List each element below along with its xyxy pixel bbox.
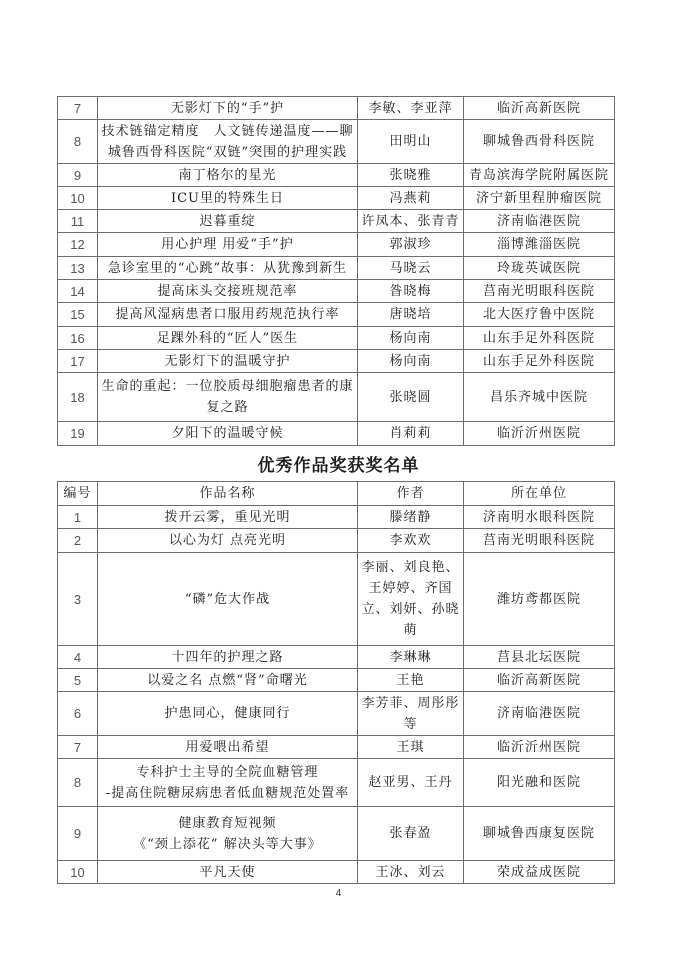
cell-title: 拨开云雾，重见光明 [98, 506, 358, 529]
cell-number: 3 [58, 553, 98, 646]
cell-title: 用心护理 用爱“手”护 [98, 233, 358, 257]
cell-unit: 济南临港医院 [464, 692, 615, 736]
cell-number: 11 [58, 210, 98, 233]
cell-author: 许凤本、张青青 [358, 210, 464, 233]
cell-author: 杨向南 [358, 327, 464, 350]
award-table-excellent-body: 1拨开云雾，重见光明滕绪静济南明水眼科医院2以心为灯 点亮光明李欢欢莒南光明眼科… [58, 506, 615, 884]
cell-title: 迟暮重绽 [98, 210, 358, 233]
cell-number: 19 [58, 422, 98, 446]
cell-author: 李敏、李亚萍 [358, 97, 464, 120]
cell-title: ICU里的特殊生日 [98, 187, 358, 210]
table-row: 8技术链锚定精度 人文链传递温度——聊城鲁西骨科医院“双链”突围的护理实践田明山… [58, 120, 615, 164]
cell-number: 16 [58, 327, 98, 350]
table-row: 13急诊室里的“心跳”故事：从犹豫到新生马晓云玲珑英诚医院 [58, 257, 615, 280]
cell-author: 肖莉莉 [358, 422, 464, 446]
cell-unit: 北大医疗鲁中医院 [464, 303, 615, 327]
cell-unit: 阳光融和医院 [464, 759, 615, 807]
cell-number: 18 [58, 373, 98, 422]
document-page: 7无影灯下的“手”护李敏、李亚萍临沂高新医院8技术链锚定精度 人文链传递温度——… [0, 0, 677, 957]
cell-unit: 莒南光明眼科医院 [464, 280, 615, 303]
cell-number: 4 [58, 646, 98, 669]
cell-title: “磷”危大作战 [98, 553, 358, 646]
cell-author: 李欢欢 [358, 529, 464, 553]
cell-title: 专科护士主导的全院血糖管理 -提高住院糖尿病患者低血糖规范处置率 [98, 759, 358, 807]
cell-number: 10 [58, 187, 98, 210]
cell-author: 郭淑珍 [358, 233, 464, 257]
cell-title: 十四年的护理之路 [98, 646, 358, 669]
cell-number: 10 [58, 861, 98, 884]
table-row: 3“磷”危大作战李丽、刘良艳、 王婷婷、齐国 立、刘妍、孙晓 萌潍坊鸢都医院 [58, 553, 615, 646]
cell-unit: 聊城鲁西骨科医院 [464, 120, 615, 164]
cell-unit: 临沂高新医院 [464, 97, 615, 120]
page-number: 4 [0, 888, 677, 899]
cell-number: 6 [58, 692, 98, 736]
table-row: 10ICU里的特殊生日冯燕莉济宁新里程肿瘤医院 [58, 187, 615, 210]
table-row: 19夕阳下的温暖守候肖莉莉临沂沂州医院 [58, 422, 615, 446]
table-row: 7无影灯下的“手”护李敏、李亚萍临沂高新医院 [58, 97, 615, 120]
cell-number: 17 [58, 350, 98, 373]
cell-unit: 济宁新里程肿瘤医院 [464, 187, 615, 210]
table-row: 18生命的重起：一位胶质母细胞瘤患者的康复之路张晓圆昌乐齐城中医院 [58, 373, 615, 422]
header-no: 编号 [58, 482, 98, 506]
cell-author: 王琪 [358, 736, 464, 759]
cell-unit: 济南明水眼科医院 [464, 506, 615, 529]
cell-unit: 莒县北坛医院 [464, 646, 615, 669]
cell-unit: 临沂高新医院 [464, 669, 615, 692]
cell-author: 张晓圆 [358, 373, 464, 422]
cell-title: 提高床头交接班规范率 [98, 280, 358, 303]
table-row: 2以心为灯 点亮光明李欢欢莒南光明眼科医院 [58, 529, 615, 553]
table-row: 1拨开云雾，重见光明滕绪静济南明水眼科医院 [58, 506, 615, 529]
cell-unit: 山东手足外科医院 [464, 350, 615, 373]
award-table-excellent: 编号 作品名称 作者 所在单位 1拨开云雾，重见光明滕绪静济南明水眼科医院2以心… [57, 481, 615, 884]
cell-unit: 玲珑英诚医院 [464, 257, 615, 280]
section-title-excellent: 优秀作品奖获奖名单 [0, 451, 677, 476]
cell-number: 15 [58, 303, 98, 327]
table-row: 17无影灯下的温暖守护杨向南山东手足外科医院 [58, 350, 615, 373]
cell-unit: 聊城鲁西康复医院 [464, 807, 615, 861]
cell-title: 平凡天使 [98, 861, 358, 884]
cell-number: 13 [58, 257, 98, 280]
table-row: 14提高床头交接班规范率昝晓梅莒南光明眼科医院 [58, 280, 615, 303]
table-row: 9健康教育短视频 《“颈上添花” 解决头等大事》张春盈聊城鲁西康复医院 [58, 807, 615, 861]
cell-author: 冯燕莉 [358, 187, 464, 210]
cell-author: 滕绪静 [358, 506, 464, 529]
cell-number: 2 [58, 529, 98, 553]
cell-author: 张晓雅 [358, 164, 464, 187]
table-header-row: 编号 作品名称 作者 所在单位 [58, 482, 615, 506]
table-row: 4十四年的护理之路李琳琳莒县北坛医院 [58, 646, 615, 669]
cell-author: 张春盈 [358, 807, 464, 861]
table-row: 15提高风湿病患者口服用药规范执行率唐晓培北大医疗鲁中医院 [58, 303, 615, 327]
cell-author: 王冰、刘云 [358, 861, 464, 884]
cell-title: 护患同心，健康同行 [98, 692, 358, 736]
cell-author: 王艳 [358, 669, 464, 692]
cell-title: 以爱之名 点燃“肾”命曙光 [98, 669, 358, 692]
table-row: 9南丁格尔的星光张晓雅青岛滨海学院附属医院 [58, 164, 615, 187]
cell-author: 李琳琳 [358, 646, 464, 669]
award-table-continued-body: 7无影灯下的“手”护李敏、李亚萍临沂高新医院8技术链锚定精度 人文链传递温度——… [58, 97, 615, 446]
cell-number: 14 [58, 280, 98, 303]
cell-author: 杨向南 [358, 350, 464, 373]
cell-unit: 淄博潍淄医院 [464, 233, 615, 257]
cell-unit: 莒南光明眼科医院 [464, 529, 615, 553]
cell-title: 无影灯下的“手”护 [98, 97, 358, 120]
cell-title: 以心为灯 点亮光明 [98, 529, 358, 553]
cell-number: 8 [58, 120, 98, 164]
cell-number: 7 [58, 97, 98, 120]
table-row: 11迟暮重绽许凤本、张青青济南临港医院 [58, 210, 615, 233]
cell-unit: 济南临港医院 [464, 210, 615, 233]
cell-title: 提高风湿病患者口服用药规范执行率 [98, 303, 358, 327]
header-unit: 所在单位 [464, 482, 615, 506]
cell-number: 8 [58, 759, 98, 807]
header-author: 作者 [358, 482, 464, 506]
cell-author: 昝晓梅 [358, 280, 464, 303]
cell-number: 9 [58, 807, 98, 861]
cell-unit: 潍坊鸢都医院 [464, 553, 615, 646]
cell-number: 12 [58, 233, 98, 257]
table-row: 12用心护理 用爱“手”护郭淑珍淄博潍淄医院 [58, 233, 615, 257]
cell-number: 9 [58, 164, 98, 187]
cell-author: 李芳菲、周彤彤 等 [358, 692, 464, 736]
table-row: 6护患同心，健康同行李芳菲、周彤彤 等济南临港医院 [58, 692, 615, 736]
cell-title: 足踝外科的“匠人”医生 [98, 327, 358, 350]
cell-author: 田明山 [358, 120, 464, 164]
table-row: 7用爱喂出希望王琪临沂沂州医院 [58, 736, 615, 759]
cell-title: 技术链锚定精度 人文链传递温度——聊城鲁西骨科医院“双链”突围的护理实践 [98, 120, 358, 164]
award-table-continued: 7无影灯下的“手”护李敏、李亚萍临沂高新医院8技术链锚定精度 人文链传递温度——… [57, 96, 615, 446]
cell-author: 唐晓培 [358, 303, 464, 327]
table-row: 5以爱之名 点燃“肾”命曙光王艳临沂高新医院 [58, 669, 615, 692]
cell-number: 1 [58, 506, 98, 529]
cell-title: 南丁格尔的星光 [98, 164, 358, 187]
cell-unit: 山东手足外科医院 [464, 327, 615, 350]
cell-title: 夕阳下的温暖守候 [98, 422, 358, 446]
cell-unit: 荣成益成医院 [464, 861, 615, 884]
cell-author: 马晓云 [358, 257, 464, 280]
header-title: 作品名称 [98, 482, 358, 506]
cell-unit: 临沂沂州医院 [464, 736, 615, 759]
cell-unit: 昌乐齐城中医院 [464, 373, 615, 422]
table-row: 8专科护士主导的全院血糖管理 -提高住院糖尿病患者低血糖规范处置率赵亚男、王丹阳… [58, 759, 615, 807]
cell-title: 用爱喂出希望 [98, 736, 358, 759]
cell-number: 5 [58, 669, 98, 692]
cell-author: 李丽、刘良艳、 王婷婷、齐国 立、刘妍、孙晓 萌 [358, 553, 464, 646]
cell-title: 无影灯下的温暖守护 [98, 350, 358, 373]
cell-number: 7 [58, 736, 98, 759]
cell-title: 生命的重起：一位胶质母细胞瘤患者的康复之路 [98, 373, 358, 422]
cell-unit: 临沂沂州医院 [464, 422, 615, 446]
cell-title: 健康教育短视频 《“颈上添花” 解决头等大事》 [98, 807, 358, 861]
cell-unit: 青岛滨海学院附属医院 [464, 164, 615, 187]
table-row: 10平凡天使王冰、刘云荣成益成医院 [58, 861, 615, 884]
cell-author: 赵亚男、王丹 [358, 759, 464, 807]
table-row: 16足踝外科的“匠人”医生杨向南山东手足外科医院 [58, 327, 615, 350]
cell-title: 急诊室里的“心跳”故事：从犹豫到新生 [98, 257, 358, 280]
